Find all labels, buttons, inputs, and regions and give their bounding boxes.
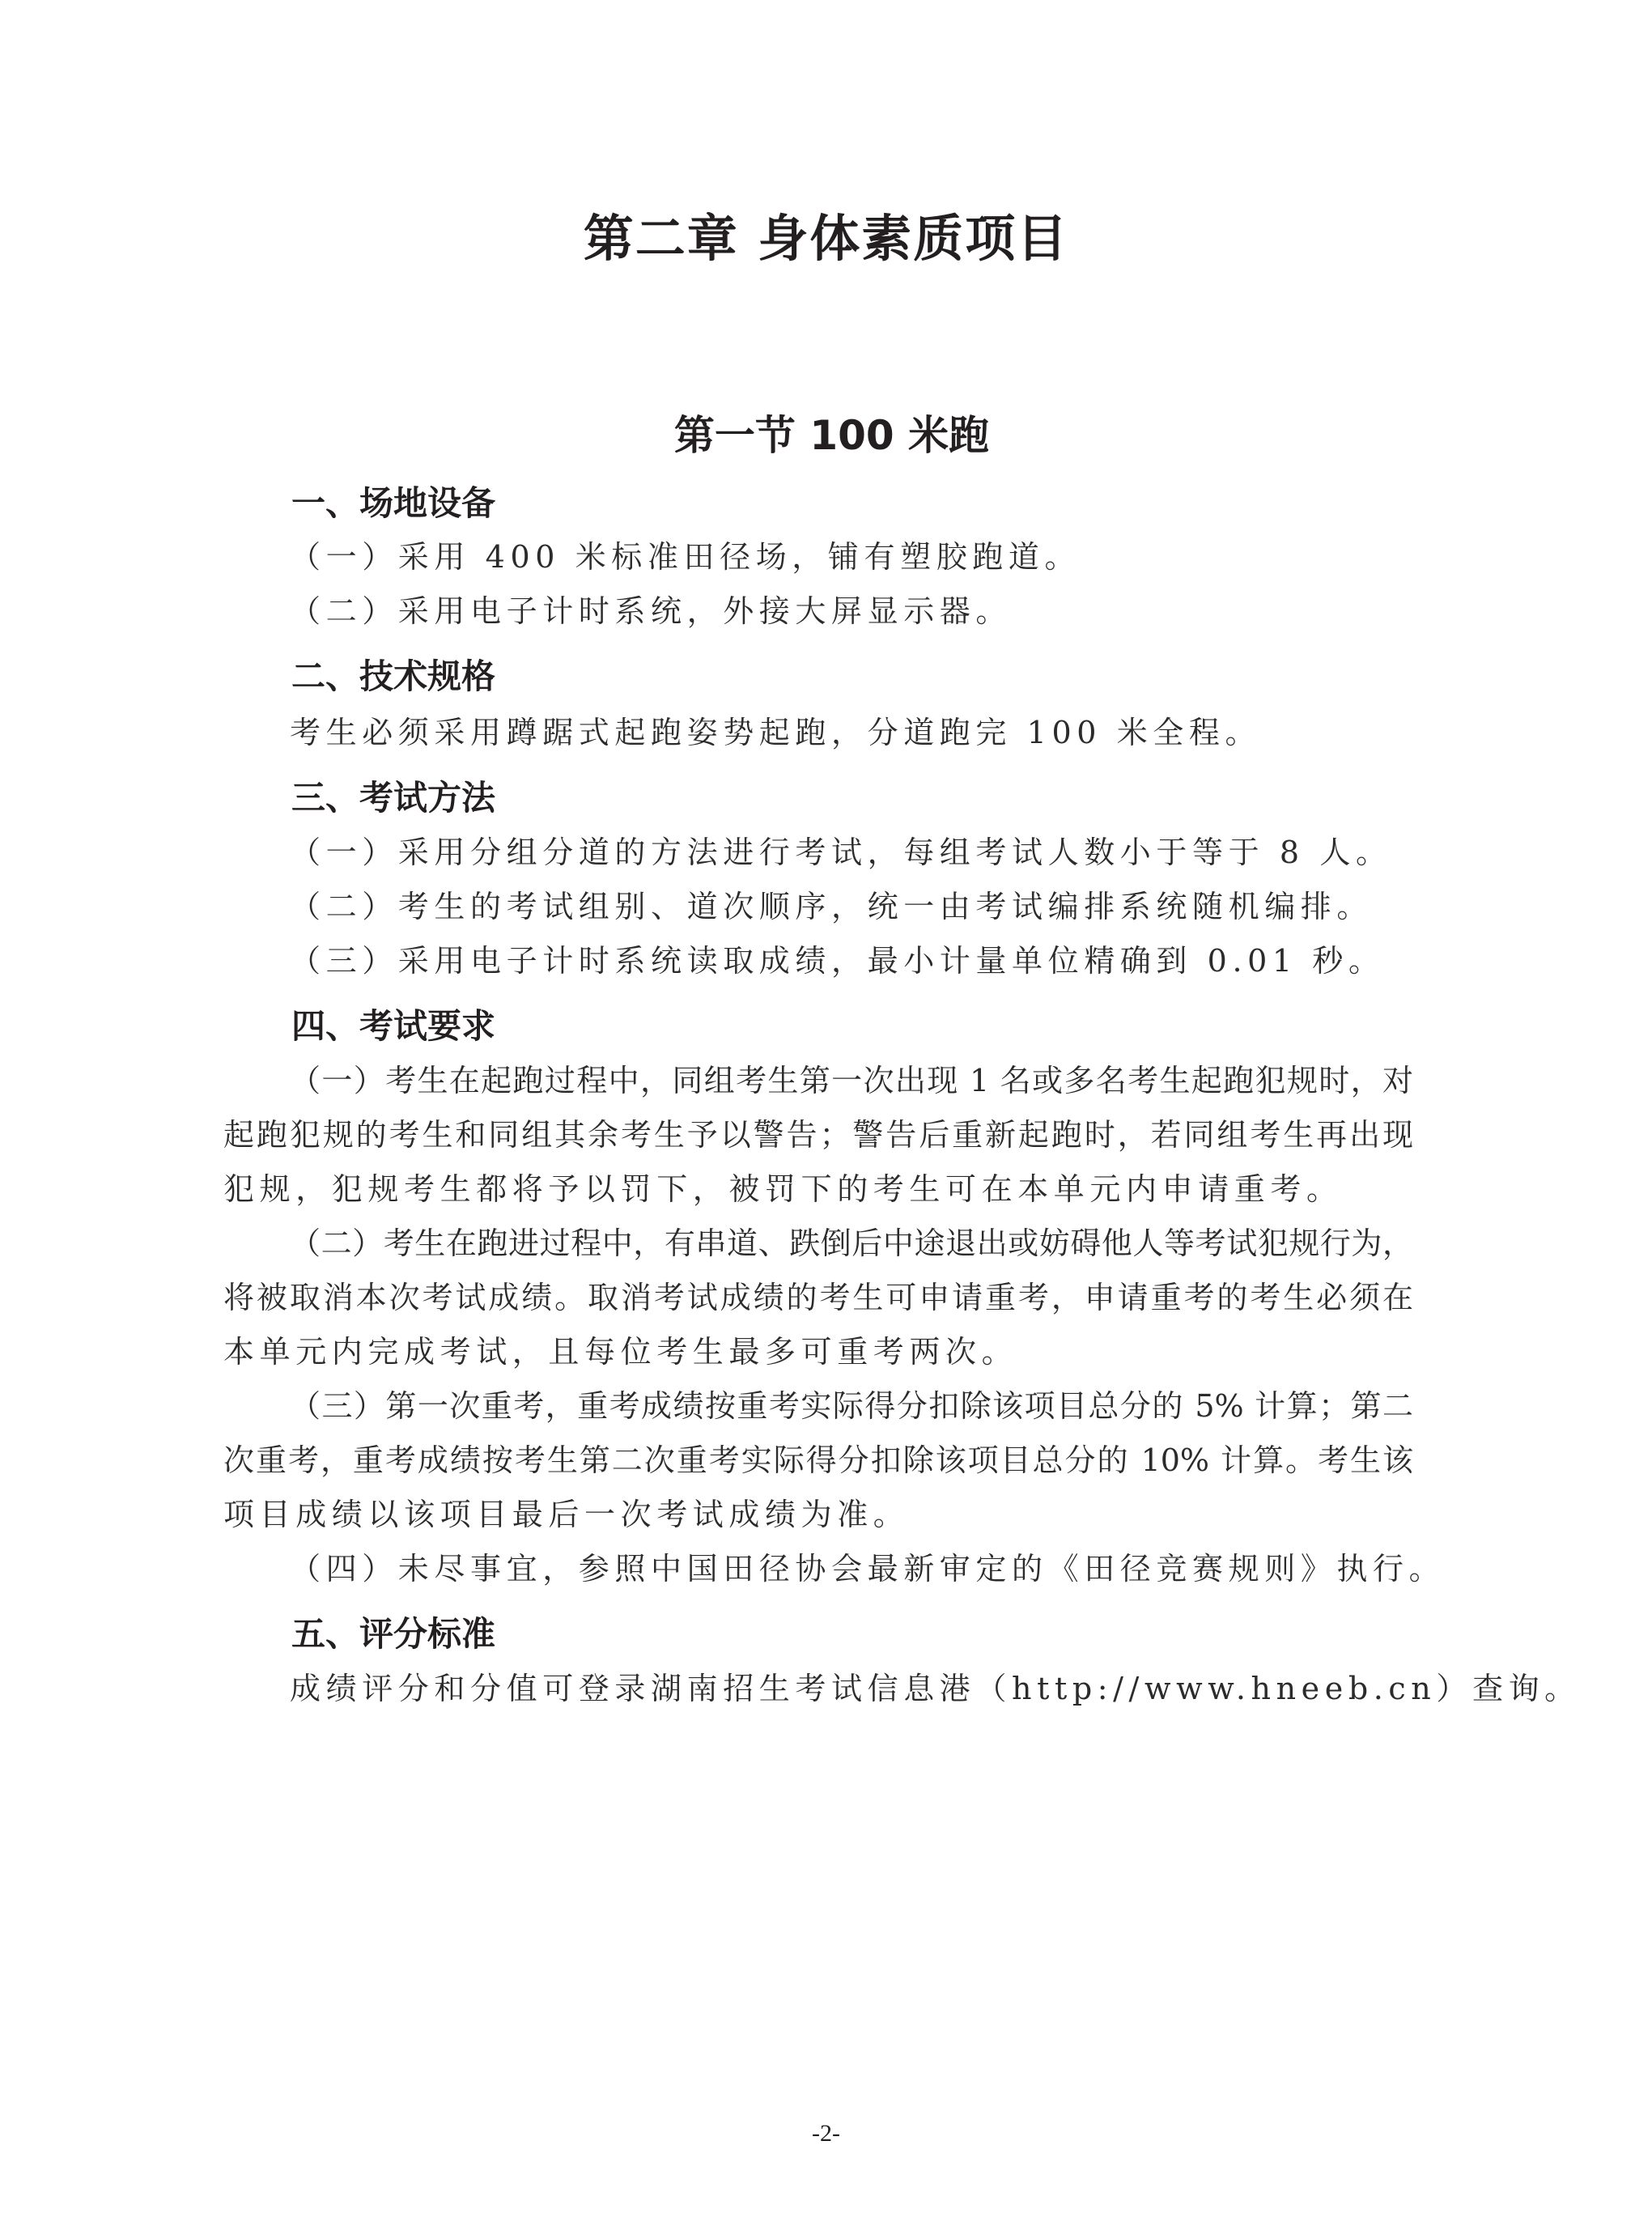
scoring-info-line: 成绩评分和分值可登录湖南招生考试信息港（http://www.hneeb.cn）… bbox=[290, 1668, 1480, 1709]
paragraph-line: （一）采用 400 米标准田径场，铺有塑胶跑道。 bbox=[290, 537, 1480, 577]
heading-exam-method: 三、考试方法 bbox=[291, 775, 495, 821]
paragraph-line: 项目成绩以该项目最后一次考试成绩为准。 bbox=[223, 1494, 1413, 1535]
section-title: 第一节 100 米跑 bbox=[0, 410, 1652, 461]
paragraph-line: 起跑犯规的考生和同组其余考生予以警告；警告后重新起跑时，若同组考生再出现 bbox=[223, 1115, 1413, 1155]
paragraph-line: 考生必须采用蹲踞式起跑姿势起跑，分道跑完 100 米全程。 bbox=[290, 712, 1480, 753]
page-number: -2- bbox=[0, 2119, 1652, 2148]
paragraph-line: 犯规，犯规考生都将予以罚下，被罚下的考生可在本单元内申请重考。 bbox=[223, 1169, 1413, 1209]
chapter-title: 第二章 身体素质项目 bbox=[0, 206, 1652, 271]
heading-technical-specs: 二、技术规格 bbox=[291, 654, 495, 699]
paragraph-line: （四）未尽事宜，参照中国田径协会最新审定的《田径竞赛规则》执行。 bbox=[290, 1548, 1480, 1589]
paragraph-line: （二）考生的考试组别、道次顺序，统一由考试编排系统随机编排。 bbox=[290, 886, 1480, 927]
paragraph-line: 将被取消本次考试成绩。取消考试成绩的考生可申请重考，申请重考的考生必须在 bbox=[223, 1277, 1413, 1318]
paragraph-line: （二）采用电子计时系统，外接大屏显示器。 bbox=[290, 591, 1480, 631]
paragraph-line: 本单元内完成考试，且每位考生最多可重考两次。 bbox=[223, 1332, 1413, 1372]
paragraph-line: （一）采用分组分道的方法进行考试，每组考试人数小于等于 8 人。 bbox=[290, 832, 1480, 873]
paragraph-line: 次重考，重考成绩按考生第二次重考实际得分扣除该项目总分的 10% 计算。考生该 bbox=[223, 1440, 1413, 1480]
heading-exam-requirements: 四、考试要求 bbox=[291, 1004, 495, 1049]
paragraph-line: （三）第一次重考，重考成绩按重考实际得分扣除该项目总分的 5% 计算；第二 bbox=[290, 1386, 1413, 1426]
document-page: 第二章 身体素质项目 第一节 100 米跑 一、场地设备 （一）采用 400 米… bbox=[0, 0, 1652, 2226]
paragraph-line: （一）考生在起跑过程中，同组考生第一次出现 1 名或多名考生起跑犯规时，对 bbox=[290, 1060, 1413, 1101]
heading-scoring-standard: 五、评分标准 bbox=[291, 1612, 495, 1657]
heading-venue-equipment: 一、场地设备 bbox=[291, 481, 495, 526]
paragraph-line: （三）采用电子计时系统读取成绩，最小计量单位精确到 0.01 秒。 bbox=[290, 941, 1480, 981]
paragraph-line: （二）考生在跑进过程中，有串道、跌倒后中途退出或妨碍他人等考试犯规行为， bbox=[290, 1223, 1413, 1264]
